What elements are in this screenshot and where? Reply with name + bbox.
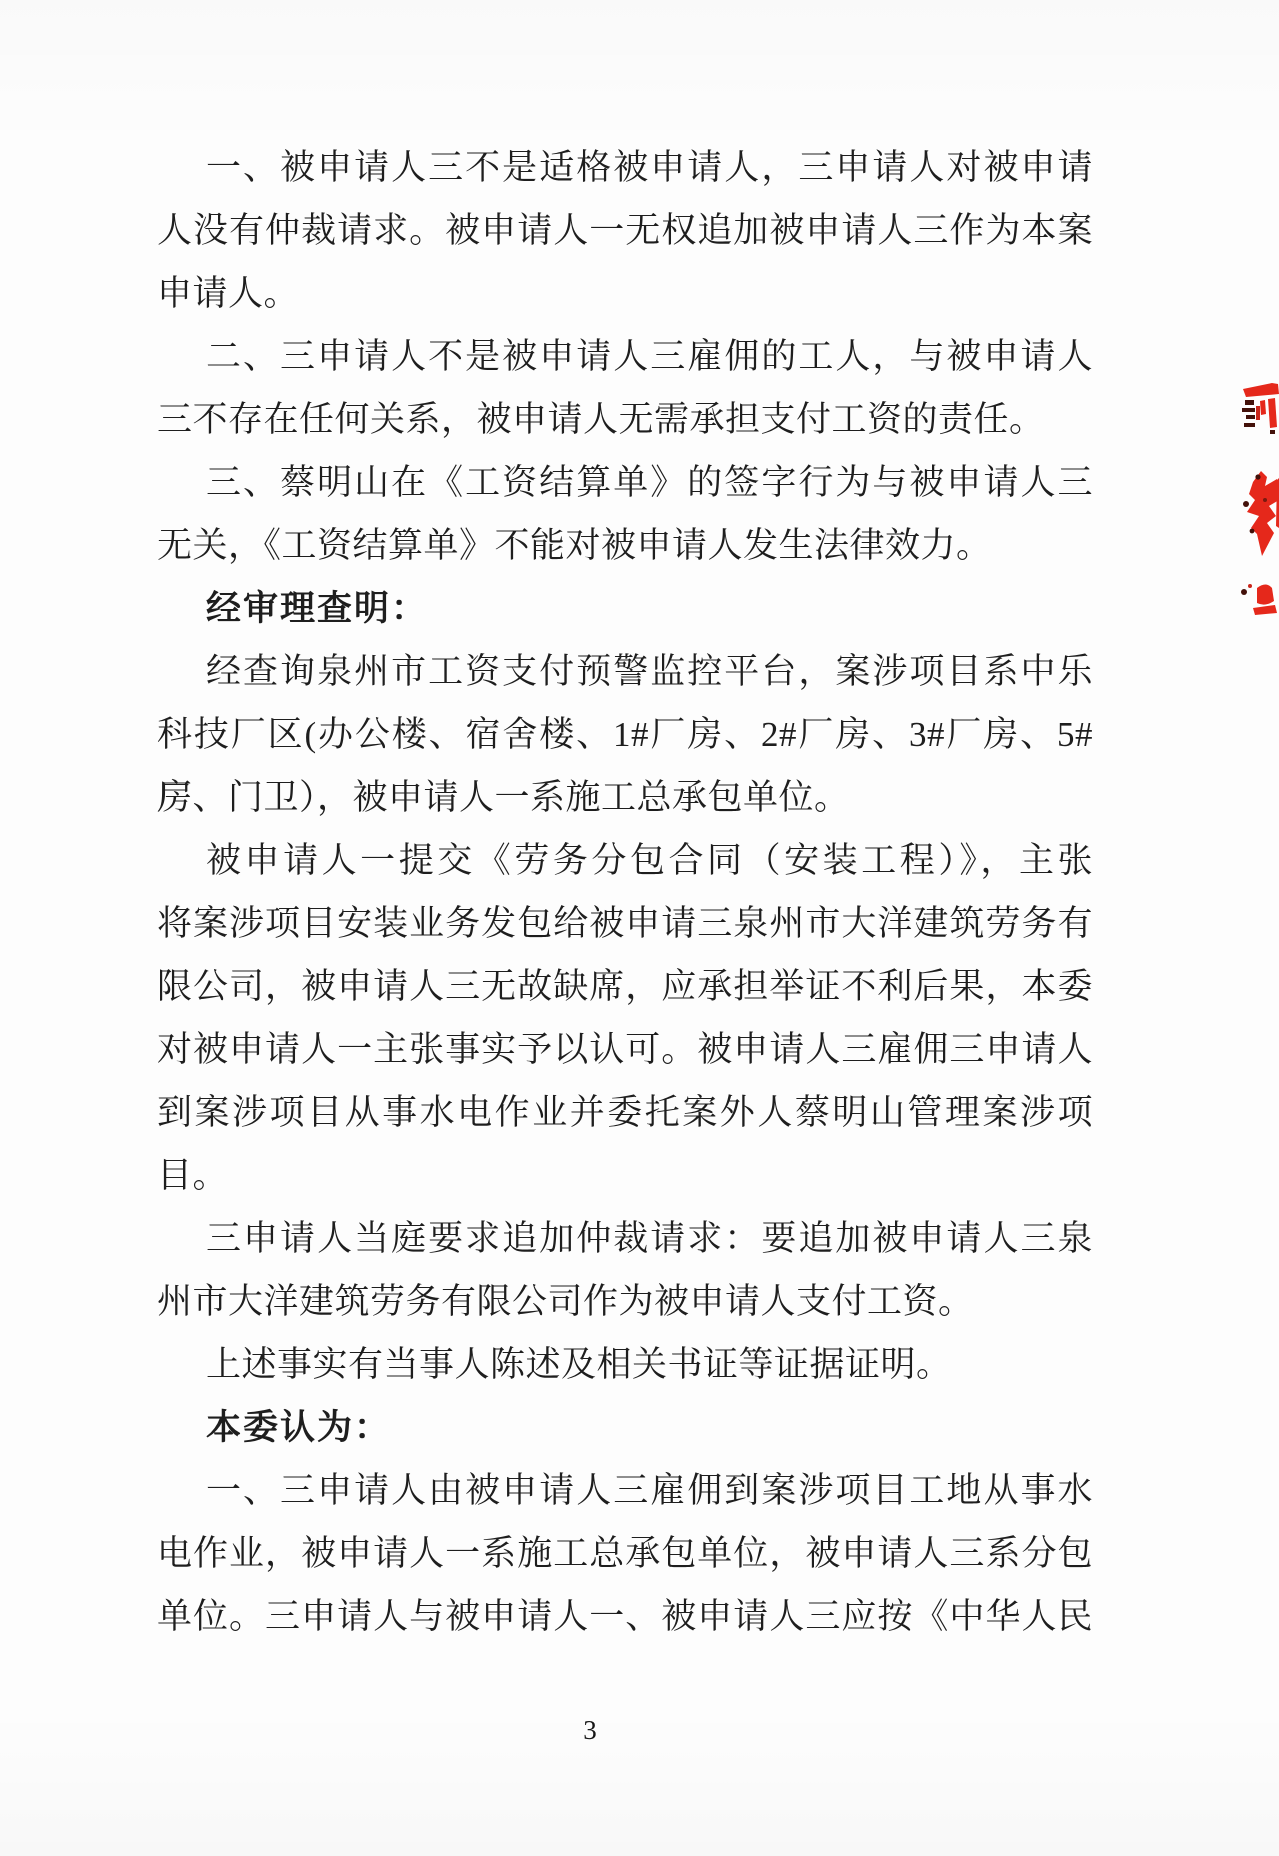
text-line: 上述事实有当事人陈述及相关书证等证据证明。 — [157, 1333, 1093, 1396]
text-line: 科技厂区(办公楼、宿舍楼、1#厂房、2#厂房、3#厂房、5#厂 — [157, 703, 1093, 766]
document-page: 一、被申请人三不是适格被申请人，三申请人对被申请人没有仲裁请求。被申请人一无权追… — [0, 0, 1279, 1856]
text-line: 目。 — [157, 1144, 1093, 1207]
text-line: 无关，《工资结算单》不能对被申请人发生法律效力。 — [157, 514, 1093, 577]
page-number: 3 — [0, 1714, 1180, 1746]
document-body: 一、被申请人三不是适格被申请人，三申请人对被申请人没有仲裁请求。被申请人一无权追… — [157, 136, 1093, 1648]
text-line: 申请人。 — [157, 262, 1093, 325]
text-line: 人没有仲裁请求。被申请人一无权追加被申请人三作为本案 — [157, 199, 1093, 262]
text-line: 二、三申请人不是被申请人三雇佣的工人，与被申请人 — [157, 325, 1093, 388]
section-heading: 本委认为： — [157, 1396, 1093, 1459]
text-line: 单位。三申请人与被申请人一、被申请人三应按《中华人民 — [157, 1585, 1093, 1648]
text-line: 三不存在任何关系，被申请人无需承担支付工资的责任。 — [157, 388, 1093, 451]
text-line: 三、蔡明山在《工资结算单》的签字行为与被申请人三 — [157, 451, 1093, 514]
section-heading: 经审理查明： — [157, 577, 1093, 640]
text-line: 对被申请人一主张事实予以认可。被申请人三雇佣三申请人 — [157, 1018, 1093, 1081]
text-line: 一、被申请人三不是适格被申请人，三申请人对被申请 — [157, 136, 1093, 199]
text-line: 三申请人当庭要求追加仲裁请求：要追加被申请人三泉 — [157, 1207, 1093, 1270]
text-line: 被申请人一提交《劳务分包合同（安装工程）》，主张 — [157, 829, 1093, 892]
text-line: 州市大洋建筑劳务有限公司作为被申请人支付工资。 — [157, 1270, 1093, 1333]
text-line: 到案涉项目从事水电作业并委托案外人蔡明山管理案涉项 — [157, 1081, 1093, 1144]
text-line: 一、三申请人由被申请人三雇佣到案涉项目工地从事水 — [157, 1459, 1093, 1522]
text-line: 经查询泉州市工资支付预警监控平台，案涉项目系中乐 — [157, 640, 1093, 703]
text-line: 房、门卫），被申请人一系施工总承包单位。 — [157, 766, 1093, 829]
text-line: 将案涉项目安装业务发包给被申请三泉州市大洋建筑劳务有 — [157, 892, 1093, 955]
text-line: 限公司，被申请人三无故缺席，应承担举证不利后果，本委 — [157, 955, 1093, 1018]
red-seal-fragment-icon — [1239, 382, 1279, 622]
text-line: 电作业，被申请人一系施工总承包单位，被申请人三系分包 — [157, 1522, 1093, 1585]
